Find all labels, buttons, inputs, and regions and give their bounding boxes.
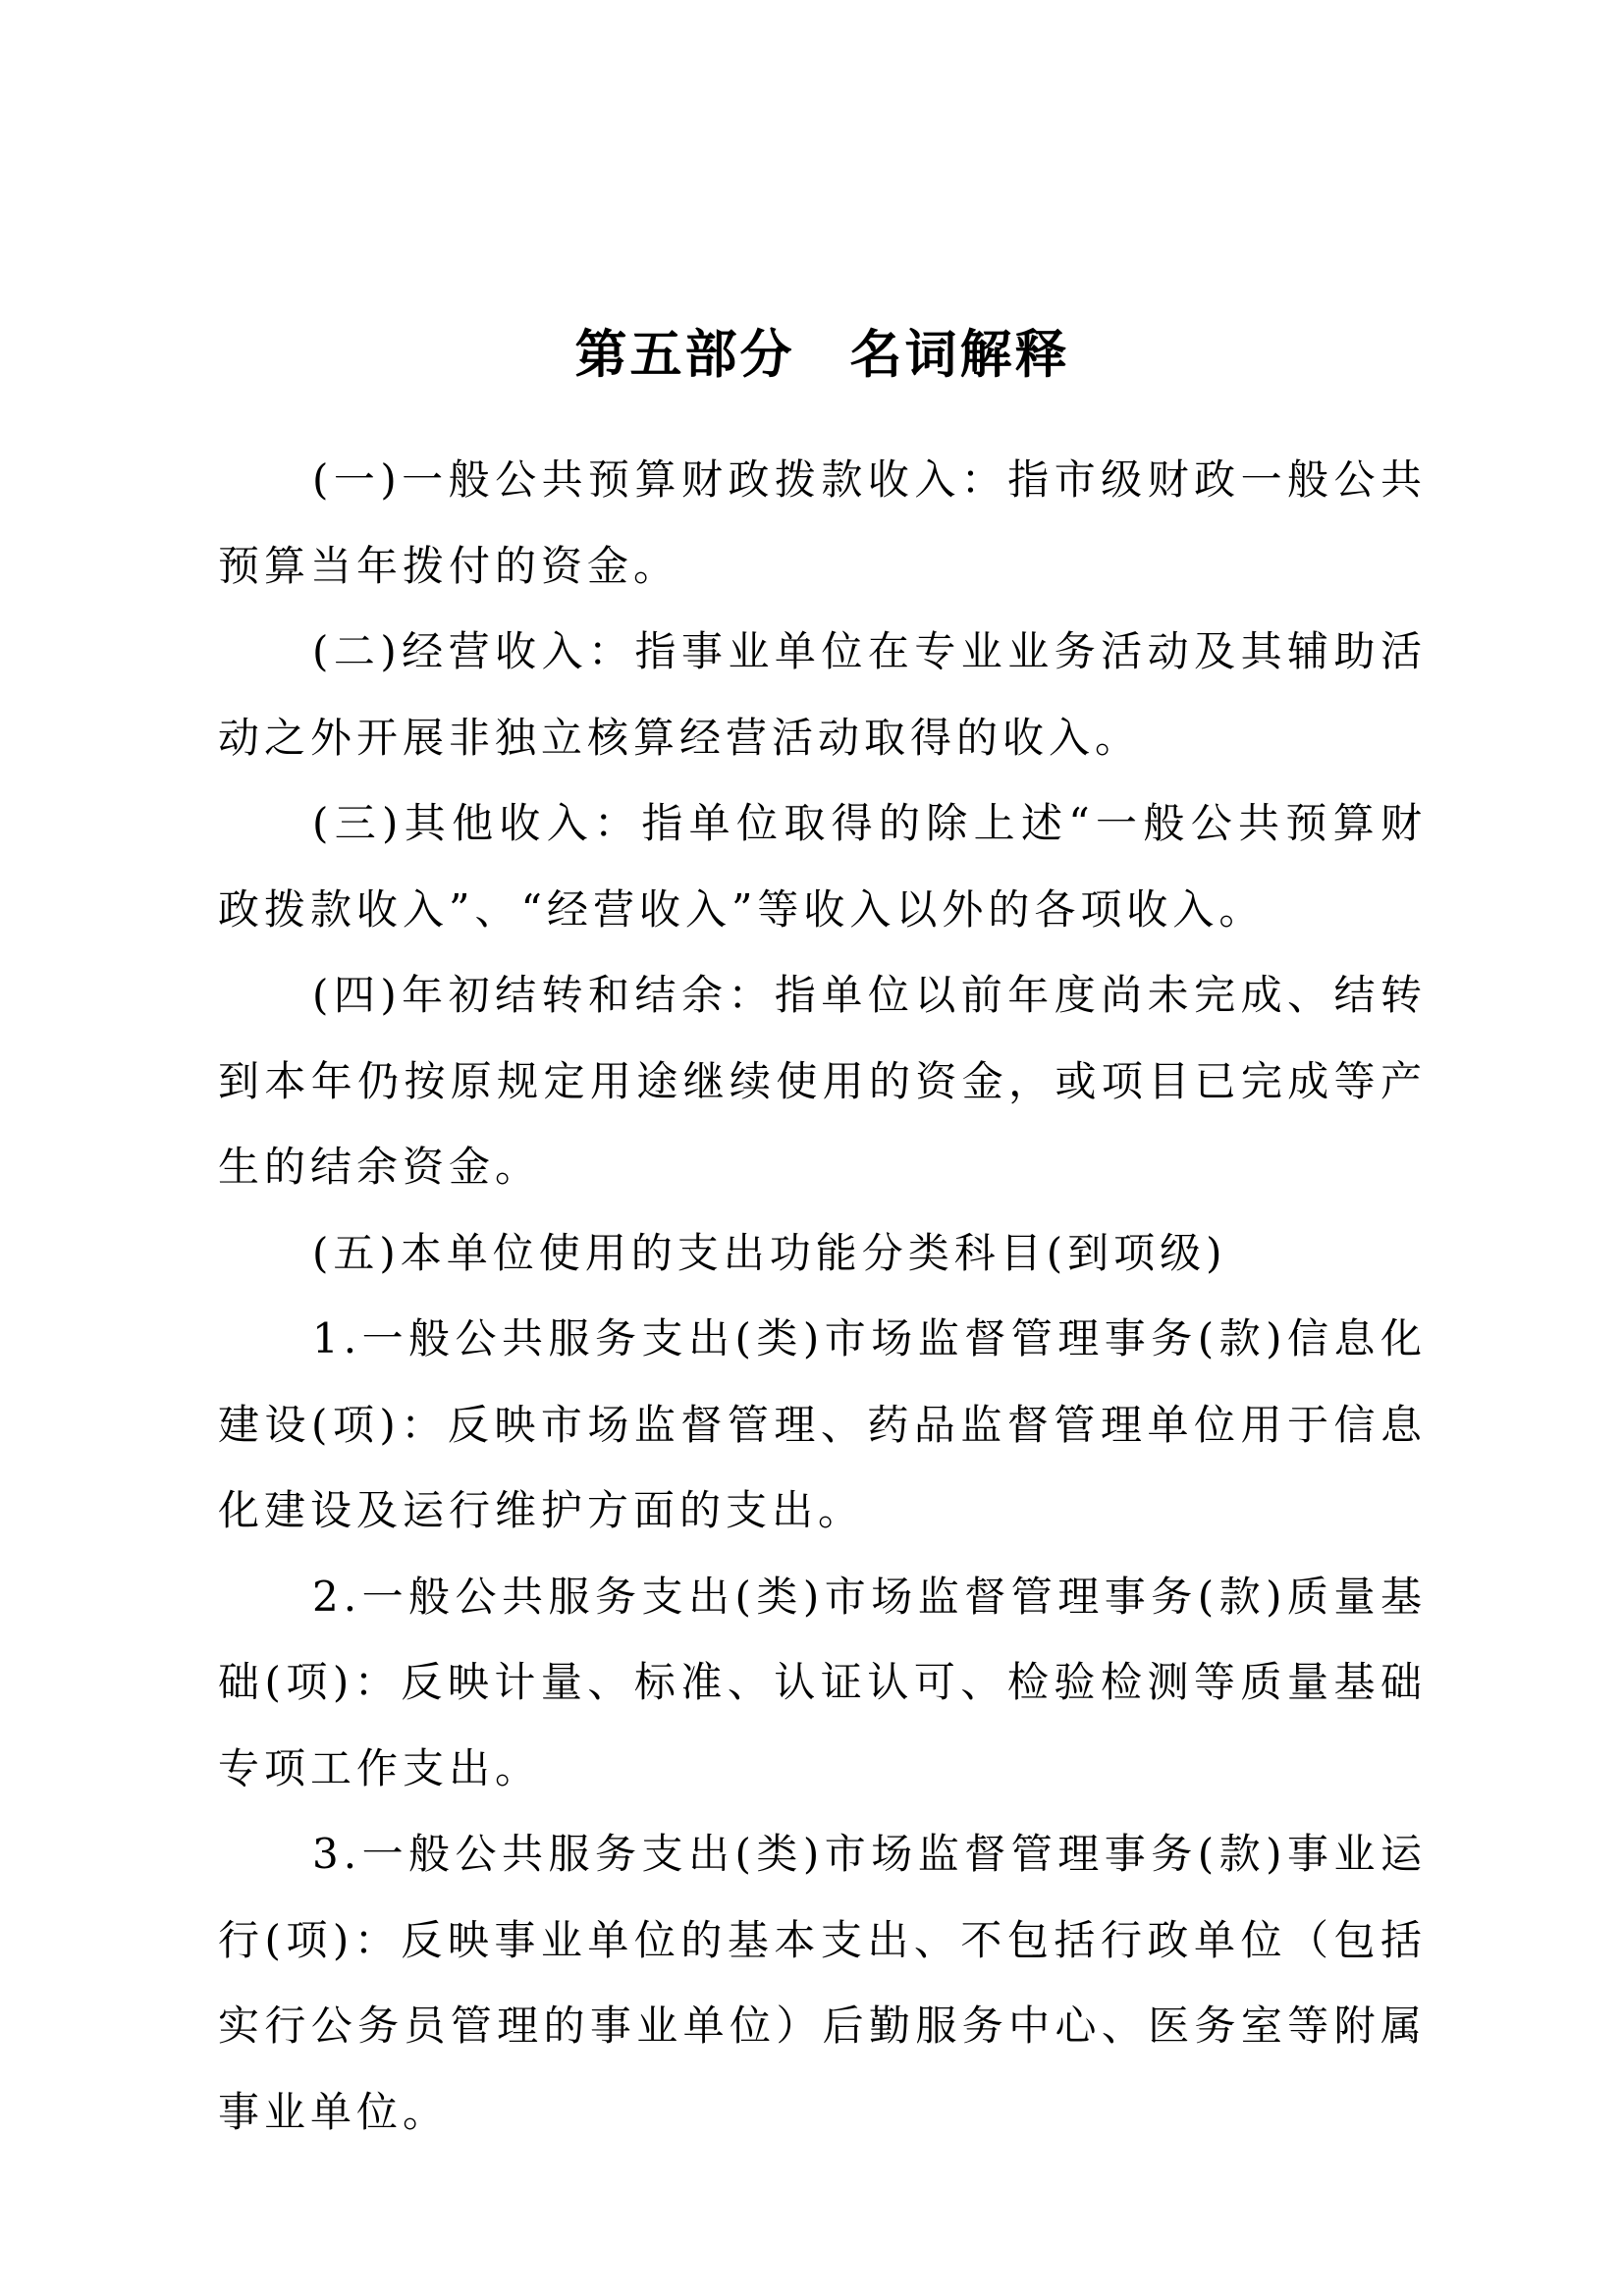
page-title: 第五部分 名词解释	[218, 327, 1427, 383]
paragraph-definition-3: (三)其他收入：指单位取得的除上述“一般公共预算财政拨款收入”、“经营收入”等收…	[218, 780, 1427, 952]
paragraph-definition-2: (二)经营收入：指事业单位在专业业务活动及其辅助活动之外开展非独立核算经营活动取…	[218, 609, 1427, 780]
paragraph-definition-7: 2.一般公共服务支出(类)市场监督管理事务(款)质量基础(项)：反映计量、标准、…	[218, 1554, 1427, 1812]
document-page: 第五部分 名词解释 (一)一般公共预算财政拨款收入：指市级财政一般公共预算当年拨…	[0, 0, 1623, 2296]
paragraph-definition-4: (四)年初结转和结余：指单位以前年度尚未完成、结转到本年仍按原规定用途继续使用的…	[218, 952, 1427, 1210]
paragraph-definition-8: 3.一般公共服务支出(类)市场监督管理事务(款)事业运行(项)：反映事业单位的基…	[218, 1811, 1427, 2155]
document-body: (一)一般公共预算财政拨款收入：指市级财政一般公共预算当年拨付的资金。 (二)经…	[218, 437, 1427, 2155]
paragraph-definition-6: 1.一般公共服务支出(类)市场监督管理事务(款)信息化建设(项)：反映市场监督管…	[218, 1296, 1427, 1554]
paragraph-definition-1: (一)一般公共预算财政拨款收入：指市级财政一般公共预算当年拨付的资金。	[218, 437, 1427, 609]
paragraph-definition-5: (五)本单位使用的支出功能分类科目(到项级)	[218, 1210, 1427, 1297]
